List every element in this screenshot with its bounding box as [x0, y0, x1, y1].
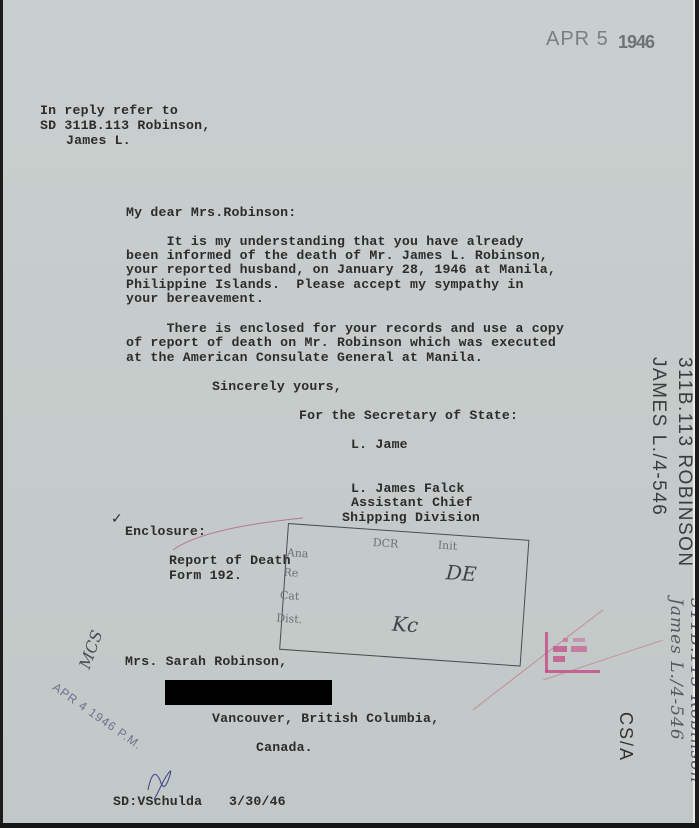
salutation: My dear Mrs.Robinson: — [126, 206, 296, 221]
routing-label-cat: Cat — [279, 589, 299, 603]
reference-line-2: SD 311B.113 Robinson, — [40, 119, 210, 134]
reference-line-3: James L. — [66, 134, 131, 149]
addressee-name: Mrs. Sarah Robinson, — [125, 655, 287, 670]
paragraph-1-line: your reported husband, on January 28, 19… — [126, 263, 556, 278]
signer-division: Shipping Division — [342, 511, 480, 526]
draft-date: 3/30/46 — [229, 795, 286, 810]
handwritten-initials: MCS — [75, 628, 106, 672]
received-date-stamp: APR 5 — [546, 28, 609, 51]
handwritten-file-reference: 311B.113 Robinson James L./4-546 — [666, 598, 695, 823]
document-page: APR 5 1946 In reply refer to SD 311B.113… — [3, 0, 695, 823]
reference-line-1: In reply refer to — [40, 104, 178, 119]
check-mark: ✓ — [111, 512, 123, 527]
division-mark: CS/A — [615, 712, 636, 762]
addressee-country: Canada. — [256, 741, 313, 756]
enclosure-label: Enclosure: — [125, 525, 206, 540]
routing-initials-2: Kc — [391, 612, 419, 638]
paragraph-2-line: at the American Consulate General at Man… — [126, 351, 483, 366]
paragraph-1-line: your bereavement. — [126, 292, 264, 307]
file-number-stamp: 311B.113 ROBINSON JAMES L./4-546 — [637, 357, 695, 568]
file-stamp-line-2: JAMES L./4-546 — [648, 357, 669, 516]
scan-border — [0, 823, 699, 828]
pink-stamp-mark — [543, 630, 603, 680]
addressee-city: Vancouver, British Columbia, — [212, 712, 439, 727]
received-stamp-left: APR 4 1946 P.M. — [50, 680, 145, 752]
paragraph-2-line: of report of death on Mr. Robinson which… — [126, 336, 556, 351]
signer-title: Assistant Chief — [351, 496, 473, 511]
drafter-initials: SD:VSchulda — [113, 795, 202, 810]
signature-line: L. Jame — [351, 438, 408, 453]
routing-label-re: Re — [283, 566, 299, 580]
routing-label-ana: Ana — [286, 546, 308, 560]
routing-header-init: Init — [437, 539, 457, 553]
enclosure-item-line-1: Report of Death — [169, 554, 291, 569]
file-stamp-line-1: 311B.113 ROBINSON — [674, 357, 695, 568]
received-year-stamp: 1946 — [618, 32, 654, 53]
routing-header-dcr: DCR — [372, 536, 398, 551]
routing-initials-1: DE — [445, 560, 477, 586]
redacted-address — [165, 680, 332, 705]
for-secretary-line: For the Secretary of State: — [299, 409, 518, 424]
routing-label-dist: Dist. — [276, 611, 303, 626]
closing: Sincerely yours, — [212, 380, 342, 395]
routing-box: Ana Re Cat Dist. DCR Init DE Kc — [279, 523, 529, 667]
enclosure-item-line-2: Form 192. — [169, 569, 242, 584]
